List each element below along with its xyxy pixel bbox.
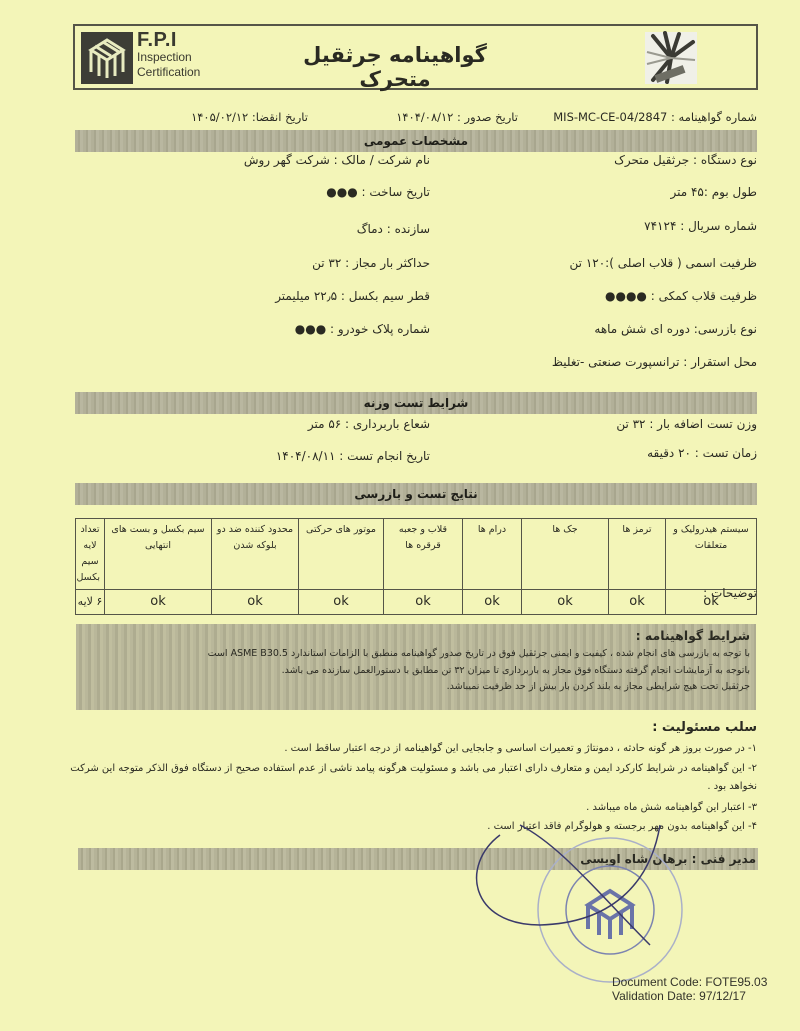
disclaimer-item: نخواهد بود .	[707, 780, 757, 794]
disclaimer-title: سلب مسئولیت :	[652, 720, 757, 735]
col-brakes: ترمز ها	[609, 519, 666, 590]
certificate-number: شماره گواهینامه : MIS-MC-CE-04/2847	[553, 110, 757, 124]
technical-manager: مدیر فنی : برهان شاه اویسی	[78, 848, 758, 870]
condition-line: با توجه به بازرسی های انجام شده ، کیفیت …	[82, 646, 750, 663]
col-jacks: جک ها	[522, 519, 609, 590]
conditions-title: شرایط گواهینامه :	[82, 628, 750, 643]
col-wire-rope: سیم بکسل و بست های انتهایی	[105, 519, 212, 590]
field-plate-number: شماره پلاک خودرو : ●●●	[295, 322, 430, 336]
col-hydraulic: سیستم هیدرولیک و متعلقات	[666, 519, 757, 590]
field-location: محل استقرار : ترانسپورت صنعتی -تغلیظ	[552, 355, 757, 369]
val-brakes: ok	[609, 590, 666, 615]
condition-line: باتوجه به آزمایشات انجام گرفته دستگاه فو…	[82, 663, 750, 680]
emblem-icon	[643, 30, 699, 86]
expiry-date-label: تاریخ انقضا:	[252, 110, 308, 124]
field-owner: نام شرکت / مالک : شرکت گهر روش	[244, 153, 430, 167]
val-rope-layers: ۶ لایه	[76, 590, 105, 615]
field-aux-hook-capacity: ظرفیت قلاب کمکی : ●●●●	[605, 289, 757, 303]
section-load-test: شرایط تست وزنه	[75, 392, 757, 414]
logo-line2: Certification	[137, 65, 200, 80]
certificate-number-value: MIS-MC-CE-04/2847	[553, 110, 667, 124]
expiry-date: تاریخ انقضا: ۱۴۰۵/۰۲/۱۲	[191, 110, 308, 124]
field-wire-rope-diameter: قطر سیم بکسل : ۲۲٫۵ میلیمتر	[275, 289, 430, 303]
col-travel-motors: موتور های حرکتی	[299, 519, 384, 590]
certificate-conditions: شرایط گواهینامه : با توجه به بازرسی های …	[76, 624, 756, 710]
certificate-page: F.P.I Inspection Certification گواهینامه…	[0, 0, 800, 1031]
manager-name: برهان شاه اویسی	[580, 852, 687, 866]
col-rope-layers: تعداد لایه سیم بکسل	[76, 519, 105, 590]
disclaimer-item: ۴- این گواهینامه بدون مهر برجسته و هولوگ…	[487, 820, 757, 834]
val-anti-two-block: ok	[212, 590, 299, 615]
results-value-row: ok ok ok ok ok ok ok ok ۶ لایه	[76, 590, 757, 615]
logo-brand: F.P.I	[137, 30, 200, 50]
section-general-specs: مشخصات عمومی	[75, 130, 757, 152]
disclaimer-item: ۲- این گواهینامه در شرایط کارکرد ایمن و …	[70, 762, 757, 776]
val-jacks: ok	[522, 590, 609, 615]
condition-line: جرثقیل تحت هیچ شرایطی مجاز به بلند کردن …	[82, 679, 750, 696]
fpi-logo-text: F.P.I Inspection Certification	[137, 30, 200, 80]
field-rated-capacity: ظرفیت اسمی ( قلاب اصلی ):۱۲۰ تن	[570, 256, 757, 270]
field-lifting-radius: شعاع باربرداری : ۵۶ متر	[308, 417, 430, 431]
field-overload-weight: وزن تست اضافه بار : ۳۲ تن	[616, 417, 757, 431]
expiry-date-value: ۱۴۰۵/۰۲/۱۲	[191, 110, 248, 124]
remarks-label: توضیحات :	[703, 586, 757, 600]
field-manufacture-date: تاریخ ساخت : ●●●	[326, 185, 430, 199]
fpi-logo-icon	[81, 32, 133, 84]
manager-label: مدیر فنی :	[692, 852, 756, 866]
disclaimer-item: ۱- در صورت بروز هر گونه حادثه ، دمونتاژ …	[284, 742, 757, 756]
col-drums: درام ها	[463, 519, 522, 590]
issue-date-label: تاریخ صدور :	[457, 110, 518, 124]
validation-date-text: Validation Date: 97/12/17	[612, 989, 767, 1003]
certificate-number-label: شماره گواهینامه :	[671, 110, 757, 124]
col-anti-two-block: محدود کننده ضد دو بلوکه شدن	[212, 519, 299, 590]
disclaimer-item: ۳- اعتبار این گواهینامه شش ماه میباشد .	[586, 801, 757, 815]
page-title: گواهینامه جرثقیل متحرک	[275, 43, 515, 91]
section-results: نتایج تست و بازرسی	[75, 483, 757, 505]
field-test-date: تاریخ انجام تست : ۱۴۰۴/۰۸/۱۱	[276, 449, 430, 463]
field-boom-length: طول بوم :۴۵ متر	[671, 185, 758, 199]
field-manufacturer: سازنده : دماگ	[357, 222, 430, 236]
val-travel-motors: ok	[299, 590, 384, 615]
field-test-duration: زمان تست : ۲۰ دقیقه	[647, 446, 757, 460]
field-inspection-type: نوع بازرسی: دوره ای شش ماهه	[594, 322, 757, 336]
field-serial-number: شماره سریال : ۷۴۱۲۴	[644, 219, 757, 233]
val-hook-block: ok	[384, 590, 463, 615]
results-table: سیستم هیدرولیک و متعلقات ترمز ها جک ها د…	[75, 518, 757, 615]
field-max-load: حداکثر بار مجاز : ۳۲ تن	[312, 256, 430, 270]
results-header-row: سیستم هیدرولیک و متعلقات ترمز ها جک ها د…	[76, 519, 757, 590]
val-wire-rope: ok	[105, 590, 212, 615]
logo-line1: Inspection	[137, 50, 200, 65]
col-hook-block: قلاب و جعبه قرقره ها	[384, 519, 463, 590]
val-drums: ok	[463, 590, 522, 615]
field-device-type: نوع دستگاه : جرثقیل متحرک	[614, 153, 757, 167]
certificate-header: F.P.I Inspection Certification گواهینامه…	[73, 24, 758, 90]
document-code-text: Document Code: FOTE95.03	[612, 975, 767, 989]
issue-date: تاریخ صدور : ۱۴۰۴/۰۸/۱۲	[396, 110, 518, 124]
issue-date-value: ۱۴۰۴/۰۸/۱۲	[396, 110, 453, 124]
document-code: Document Code: FOTE95.03 Validation Date…	[612, 975, 767, 1003]
